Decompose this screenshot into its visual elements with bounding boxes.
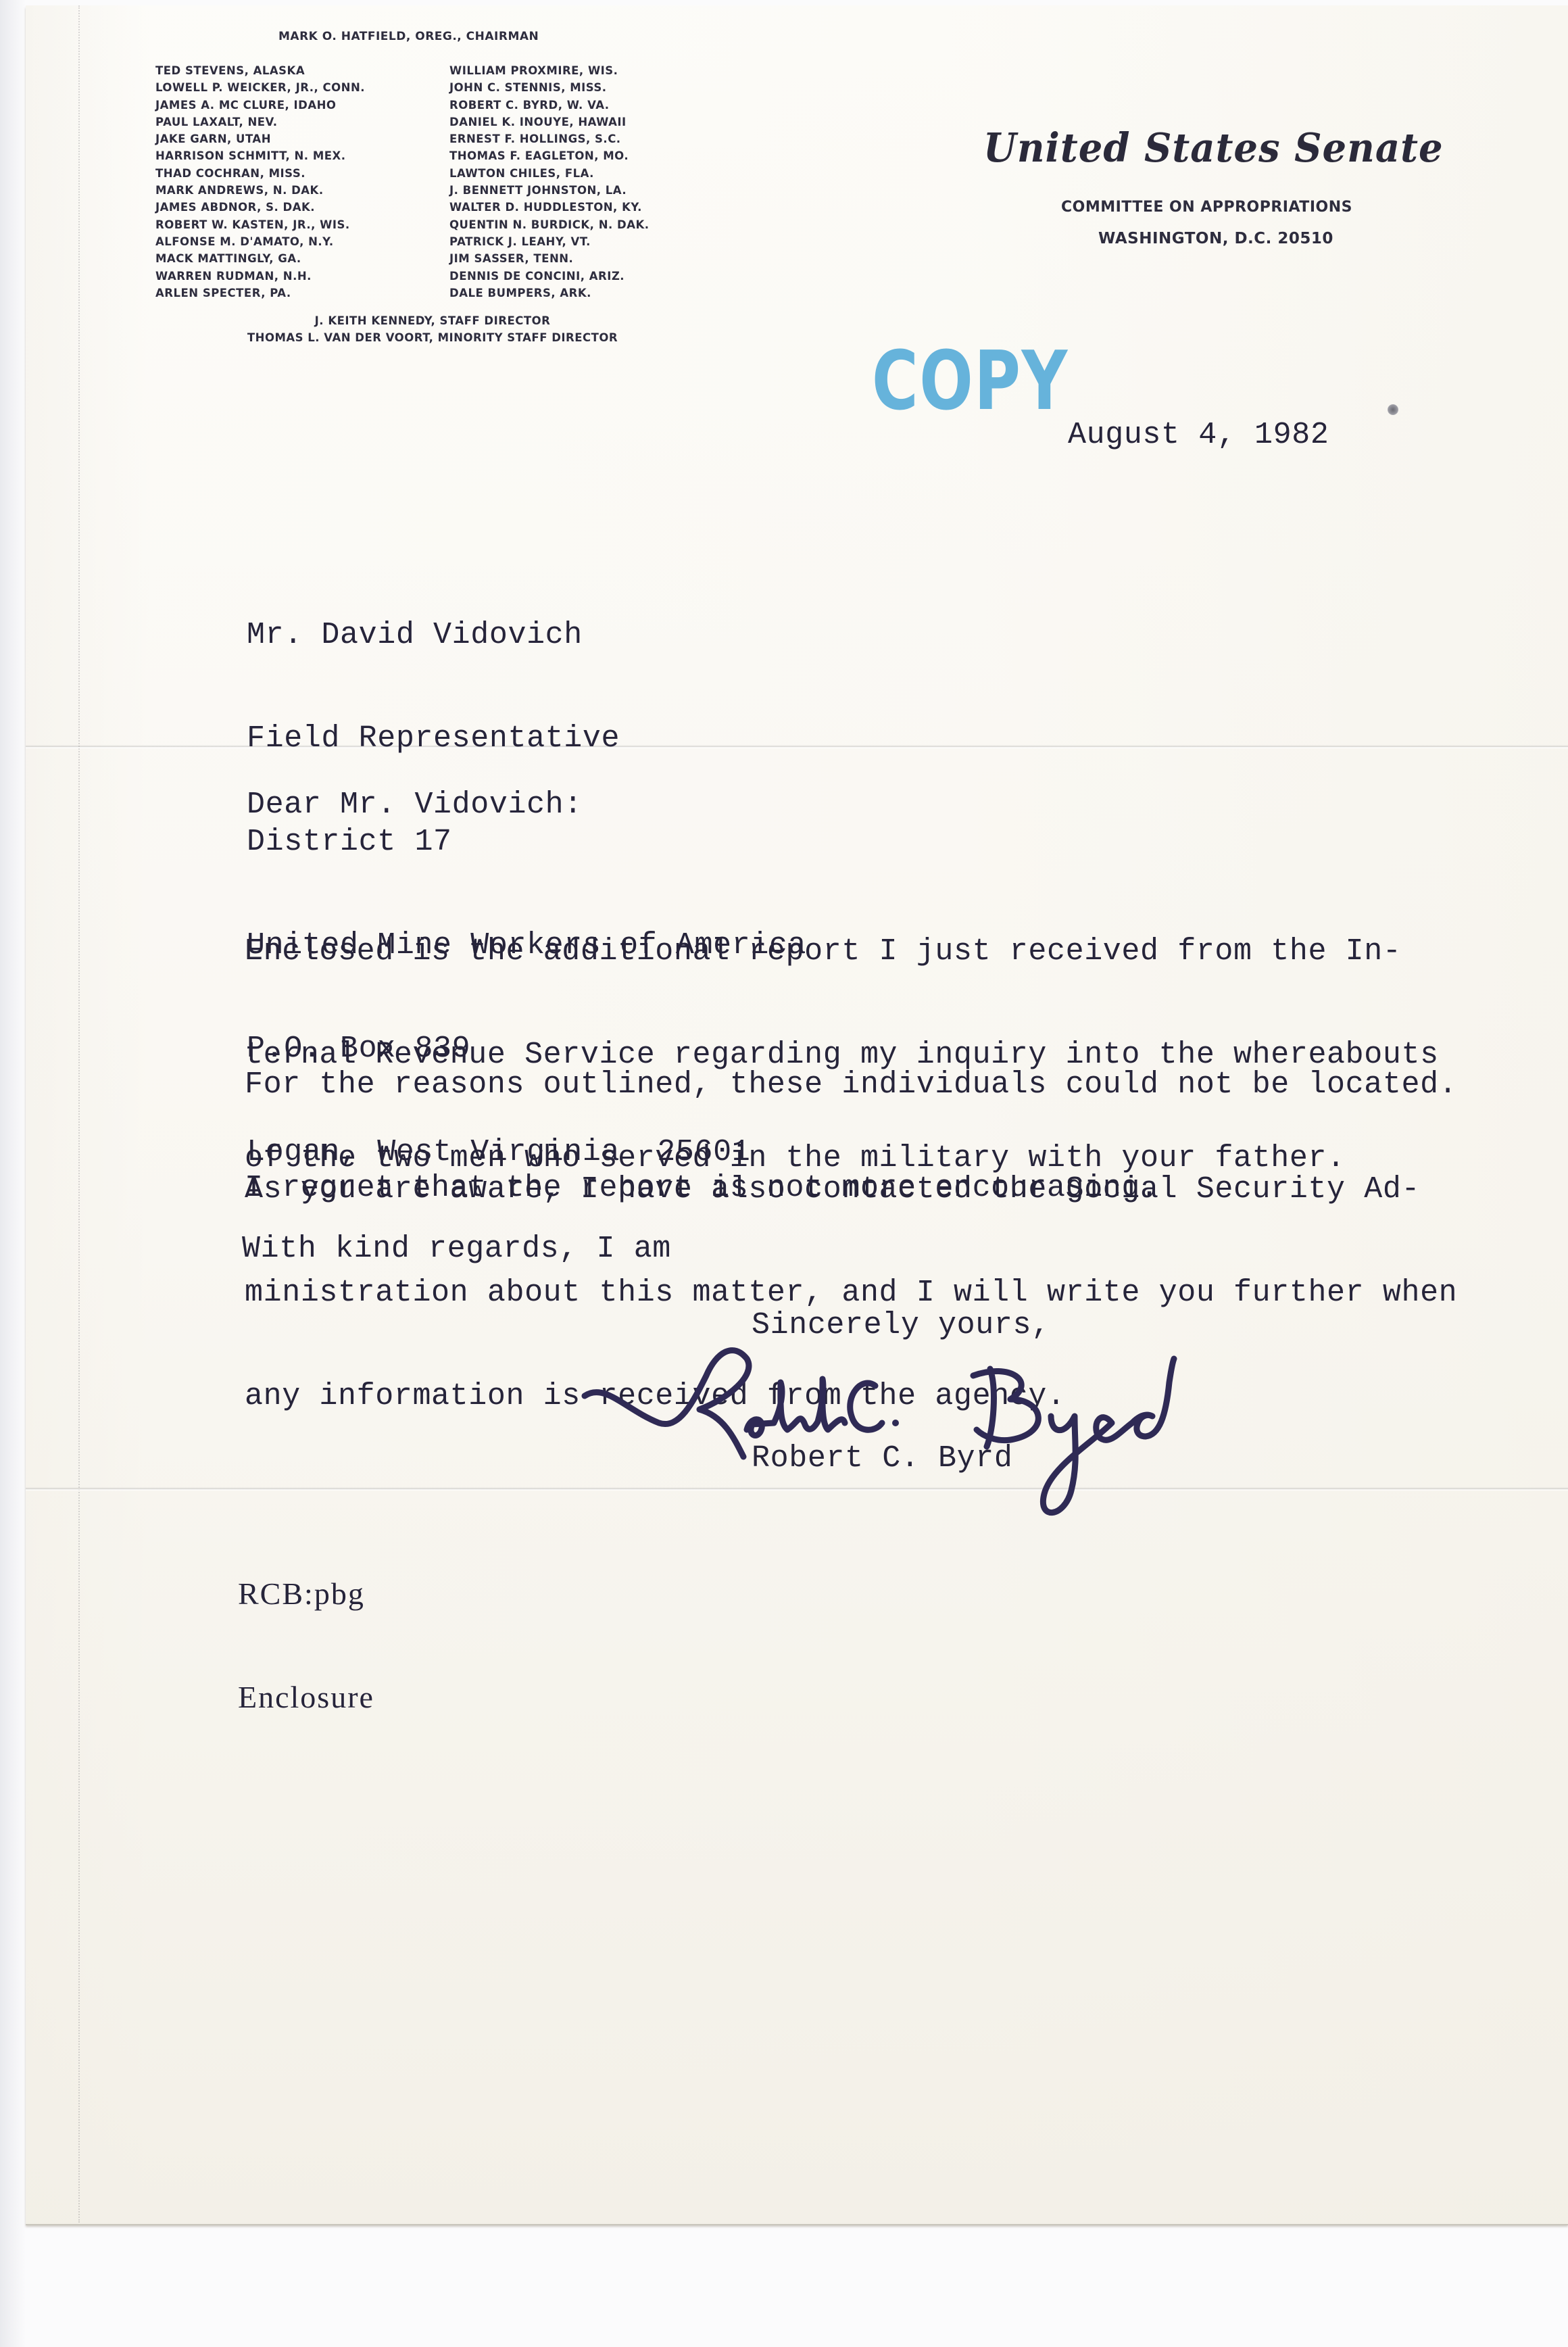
committee-address: WASHINGTON, D.C. 20510	[1098, 230, 1333, 247]
member: JAKE GARN, UTAH	[155, 130, 365, 147]
member: MARK ANDREWS, N. DAK.	[155, 182, 365, 199]
closing-line: With kind regards, I am	[242, 1232, 671, 1266]
reference-initials: RCB:pbg	[238, 1576, 374, 1611]
member: JIM SASSER, TENN.	[449, 250, 650, 267]
member: QUENTIN N. BURDICK, N. DAK.	[449, 216, 650, 233]
member: DANIEL K. INOUYE, HAWAII	[449, 114, 650, 130]
member: ALFONSE M. D'AMATO, N.Y.	[155, 233, 365, 250]
member: DENNIS DE CONCINI, ARIZ.	[449, 268, 650, 285]
letter-date: August 4, 1982	[1068, 418, 1329, 452]
enclosure-notation: Enclosure	[238, 1680, 374, 1714]
typed-signatory-name: Robert C. Byrd	[752, 1441, 1012, 1476]
institution-name: United States Senate	[983, 124, 1444, 171]
staff-directors: J. KEITH KENNEDY, STAFF DIRECTOR THOMAS …	[203, 312, 662, 346]
member: J. BENNETT JOHNSTON, LA.	[449, 182, 650, 199]
committee-chairman: MARK O. HATFIELD, OREG., CHAIRMAN	[278, 30, 539, 43]
address-line: Field Representative	[247, 721, 806, 756]
member: PAUL LAXALT, NEV.	[155, 114, 365, 130]
text-line: Enclosed is the additional report I just…	[245, 934, 1439, 969]
member: WALTER D. HUDDLESTON, KY.	[449, 199, 650, 216]
handwritten-signature	[578, 1322, 1227, 1524]
member: THAD COCHRAN, MISS.	[155, 165, 365, 182]
member: JOHN C. STENNIS, MISS.	[449, 79, 650, 96]
member: ROBERT W. KASTEN, JR., WIS.	[155, 216, 365, 233]
member: HARRISON SCHMITT, N. MEX.	[155, 147, 365, 164]
member: ERNEST F. HOLLINGS, S.C.	[449, 130, 650, 147]
copy-stamp: COPY	[872, 341, 1069, 422]
address-line: District 17	[247, 825, 806, 859]
member: WARREN RUDMAN, N.H.	[155, 268, 365, 285]
committee-name: COMMITTEE ON APPROPRIATIONS	[1061, 199, 1352, 216]
member: MACK MATTINGLY, GA.	[155, 250, 365, 267]
member: THOMAS F. EAGLETON, MO.	[449, 147, 650, 164]
salutation: Dear Mr. Vidovich:	[247, 788, 583, 822]
staff-director: J. KEITH KENNEDY, STAFF DIRECTOR	[203, 312, 662, 329]
minority-staff-director: THOMAS L. VAN DER VOORT, MINORITY STAFF …	[203, 329, 662, 346]
scanner-bed	[0, 0, 26, 2347]
member: ARLEN SPECTER, PA.	[155, 285, 365, 301]
member: LAWTON CHILES, FLA.	[449, 165, 650, 182]
text-line: ministration about this matter, and I wi…	[245, 1276, 1457, 1310]
member: ROBERT C. BYRD, W. VA.	[449, 97, 650, 114]
committee-members-left: TED STEVENS, ALASKA LOWELL P. WEICKER, J…	[155, 62, 365, 301]
left-edge-speckle	[78, 5, 80, 2223]
member: WILLIAM PROXMIRE, WIS.	[449, 62, 650, 79]
text-line: As you are aware, I have also contacted …	[245, 1172, 1457, 1207]
member: PATRICK J. LEAHY, VT.	[449, 233, 650, 250]
member: LOWELL P. WEICKER, JR., CONN.	[155, 79, 365, 96]
member: DALE BUMPERS, ARK.	[449, 285, 650, 301]
reference-block: RCB:pbg Enclosure	[238, 1507, 374, 1749]
committee-members-right: WILLIAM PROXMIRE, WIS. JOHN C. STENNIS, …	[449, 62, 650, 301]
address-line: Mr. David Vidovich	[247, 618, 806, 652]
member: JAMES ABDNOR, S. DAK.	[155, 199, 365, 216]
member: TED STEVENS, ALASKA	[155, 62, 365, 79]
ink-blot	[1388, 404, 1398, 415]
member: JAMES A. MC CLURE, IDAHO	[155, 97, 365, 114]
text-line: For the reasons outlined, these individu…	[245, 1067, 1457, 1102]
